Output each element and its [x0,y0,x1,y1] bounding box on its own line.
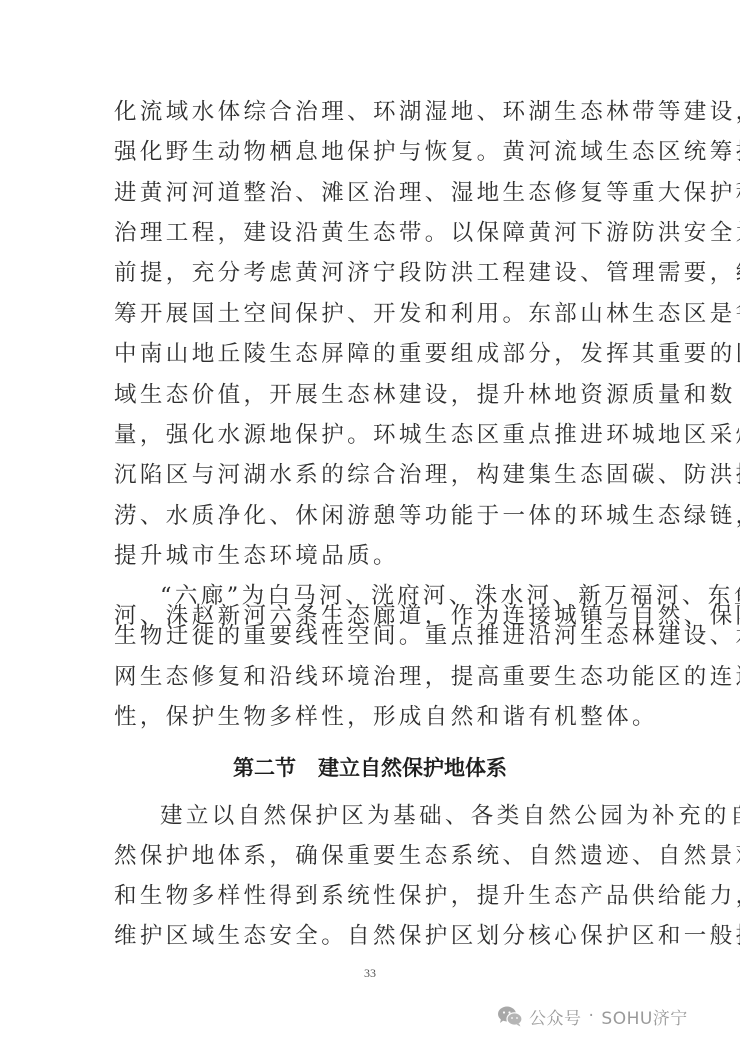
text-line: 维护区域生态安全。自然保护区划分核心保护区和一般控 [114,916,626,956]
text-line: 域生态价值，开展生态林建设，提升林地资源质量和数 [114,375,626,415]
text-line: 提升城市生态环境品质。 [114,536,626,576]
text-line: 涝、水质净化、休闲游憩等功能于一体的环城生态绿链， [114,496,626,536]
text-line: 进黄河河道整治、滩区治理、湿地生态修复等重大保护和 [114,173,626,213]
text-line: 治理工程，建设沿黄生态带。以保障黄河下游防洪安全为 [114,213,626,253]
document-page: 化流域水体综合治理、环湖湿地、环湖生态林带等建设， 强化野生动物栖息地保护与恢复… [0,0,740,1047]
text-line: 量，强化水源地保护。环城生态区重点推进环城地区采煤 [114,415,626,455]
section-heading: 第二节建立自然保护地体系 [0,750,740,786]
text-line: 强化野生动物栖息地保护与恢复。黄河流域生态区统筹推 [114,132,626,172]
section-number: 第二节 [233,756,296,780]
text-line: 性，保护生物多样性，形成自然和谐有机整体。 [114,697,626,737]
text-line: 中南山地丘陵生态屏障的重要组成部分，发挥其重要的区 [114,334,626,374]
wechat-icon [497,1005,523,1027]
text-line: 网生态修复和沿线环境治理，提高重要生态功能区的连通 [114,657,626,697]
text-line: 化流域水体综合治理、环湖湿地、环湖生态林带等建设， [114,92,626,132]
page-number: 33 [0,966,740,981]
watermark-separator: · [589,1006,595,1026]
text-line: 建立以自然保护区为基础、各类自然公园为补充的自 [160,796,626,836]
text-line: 筹开展国土空间保护、开发和利用。东部山林生态区是鲁 [114,294,626,334]
watermark-account: SOHU济宁 [601,1004,687,1029]
text-line: 生物迁徙的重要线性空间。重点推进沿河生态林建设、水 [114,616,626,656]
wechat-watermark: 公众号 · SOHU济宁 [497,1003,688,1029]
section-title: 建立自然保护地体系 [318,756,507,780]
text-line: 前提，充分考虑黄河济宁段防洪工程建设、管理需要，统 [114,253,626,293]
text-line: 沉陷区与河湖水系的综合治理，构建集生态固碳、防洪排 [114,455,626,495]
text-line: 然保护地体系，确保重要生态系统、自然遗迹、自然景观 [114,836,626,876]
text-line: 和生物多样性得到系统性保护，提升生态产品供给能力， [114,876,626,916]
watermark-prefix: 公众号 [529,1004,582,1029]
